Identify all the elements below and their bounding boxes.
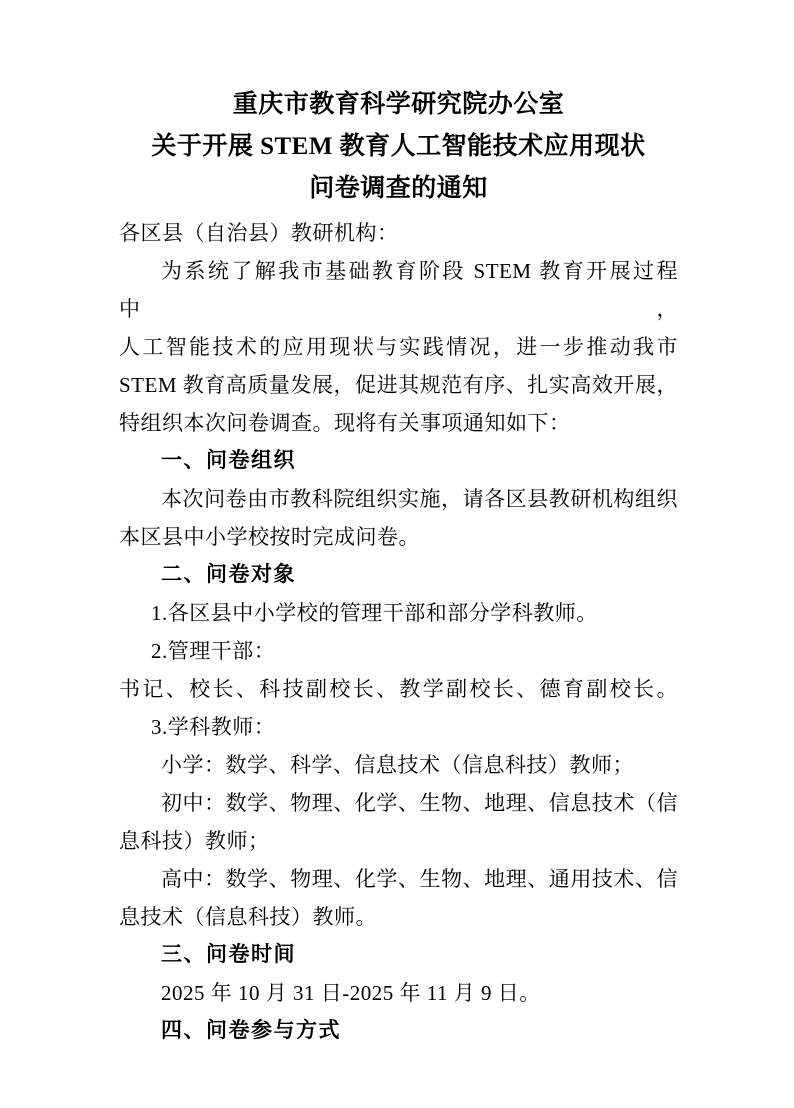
- section-heading: 四、问卷参与方式: [119, 1012, 678, 1050]
- body-text-line: 小学：数学、科学、信息技术（信息科技）教师；: [119, 746, 678, 784]
- body-text-line: 2025 年 10 月 31 日-2025 年 11 月 9 日。: [119, 974, 678, 1012]
- body-text-line: 息技术（信息科技）教师。: [119, 898, 678, 936]
- body-text-line: 本次问卷由市教科院组织实施，请各区县教研机构组织: [119, 480, 678, 518]
- body-text-line: 高中：数学、物理、化学、生物、地理、通用技术、信: [119, 860, 678, 898]
- body-text-line: 初中：数学、物理、化学、生物、地理、信息技术（信: [119, 784, 678, 822]
- document-page: 重庆市教育科学研究院办公室 关于开展 STEM 教育人工智能技术应用现状 问卷调…: [0, 0, 794, 1108]
- body-text-line: 书记、校长、科技副校长、教学副校长、德育副校长。: [119, 670, 678, 708]
- body-text-line: 特组织本次问卷调查。现将有关事项通知如下：: [119, 404, 678, 442]
- section-heading: 一、问卷组织: [119, 442, 678, 480]
- body-text-line: STEM 教育高质量发展，促进其规范有序、扎实高效开展，: [119, 366, 678, 404]
- body-text-line: 息科技）教师；: [119, 822, 678, 860]
- document-title: 重庆市教育科学研究院办公室 关于开展 STEM 教育人工智能技术应用现状 问卷调…: [119, 84, 678, 210]
- document-body: 各区县（自治县）教研机构：为系统了解我市基础教育阶段 STEM 教育开展过程中，…: [119, 214, 678, 1050]
- body-text-line: 本区县中小学校按时完成问卷。: [119, 518, 678, 556]
- body-text-line: 为系统了解我市基础教育阶段 STEM 教育开展过程中，: [119, 252, 678, 328]
- body-text-line: 2.管理干部：: [119, 632, 678, 670]
- body-text-line: 人工智能技术的应用现状与实践情况，进一步推动我市: [119, 328, 678, 366]
- title-line-1: 重庆市教育科学研究院办公室: [119, 84, 678, 126]
- body-text-line: 3.学科教师：: [119, 708, 678, 746]
- title-line-2: 关于开展 STEM 教育人工智能技术应用现状: [119, 126, 678, 168]
- section-heading: 二、问卷对象: [119, 556, 678, 594]
- body-text-line: 各区县（自治县）教研机构：: [119, 214, 678, 252]
- section-heading: 三、问卷时间: [119, 936, 678, 974]
- body-text-line: 1.各区县中小学校的管理干部和部分学科教师。: [119, 594, 678, 632]
- title-line-3: 问卷调查的通知: [119, 168, 678, 210]
